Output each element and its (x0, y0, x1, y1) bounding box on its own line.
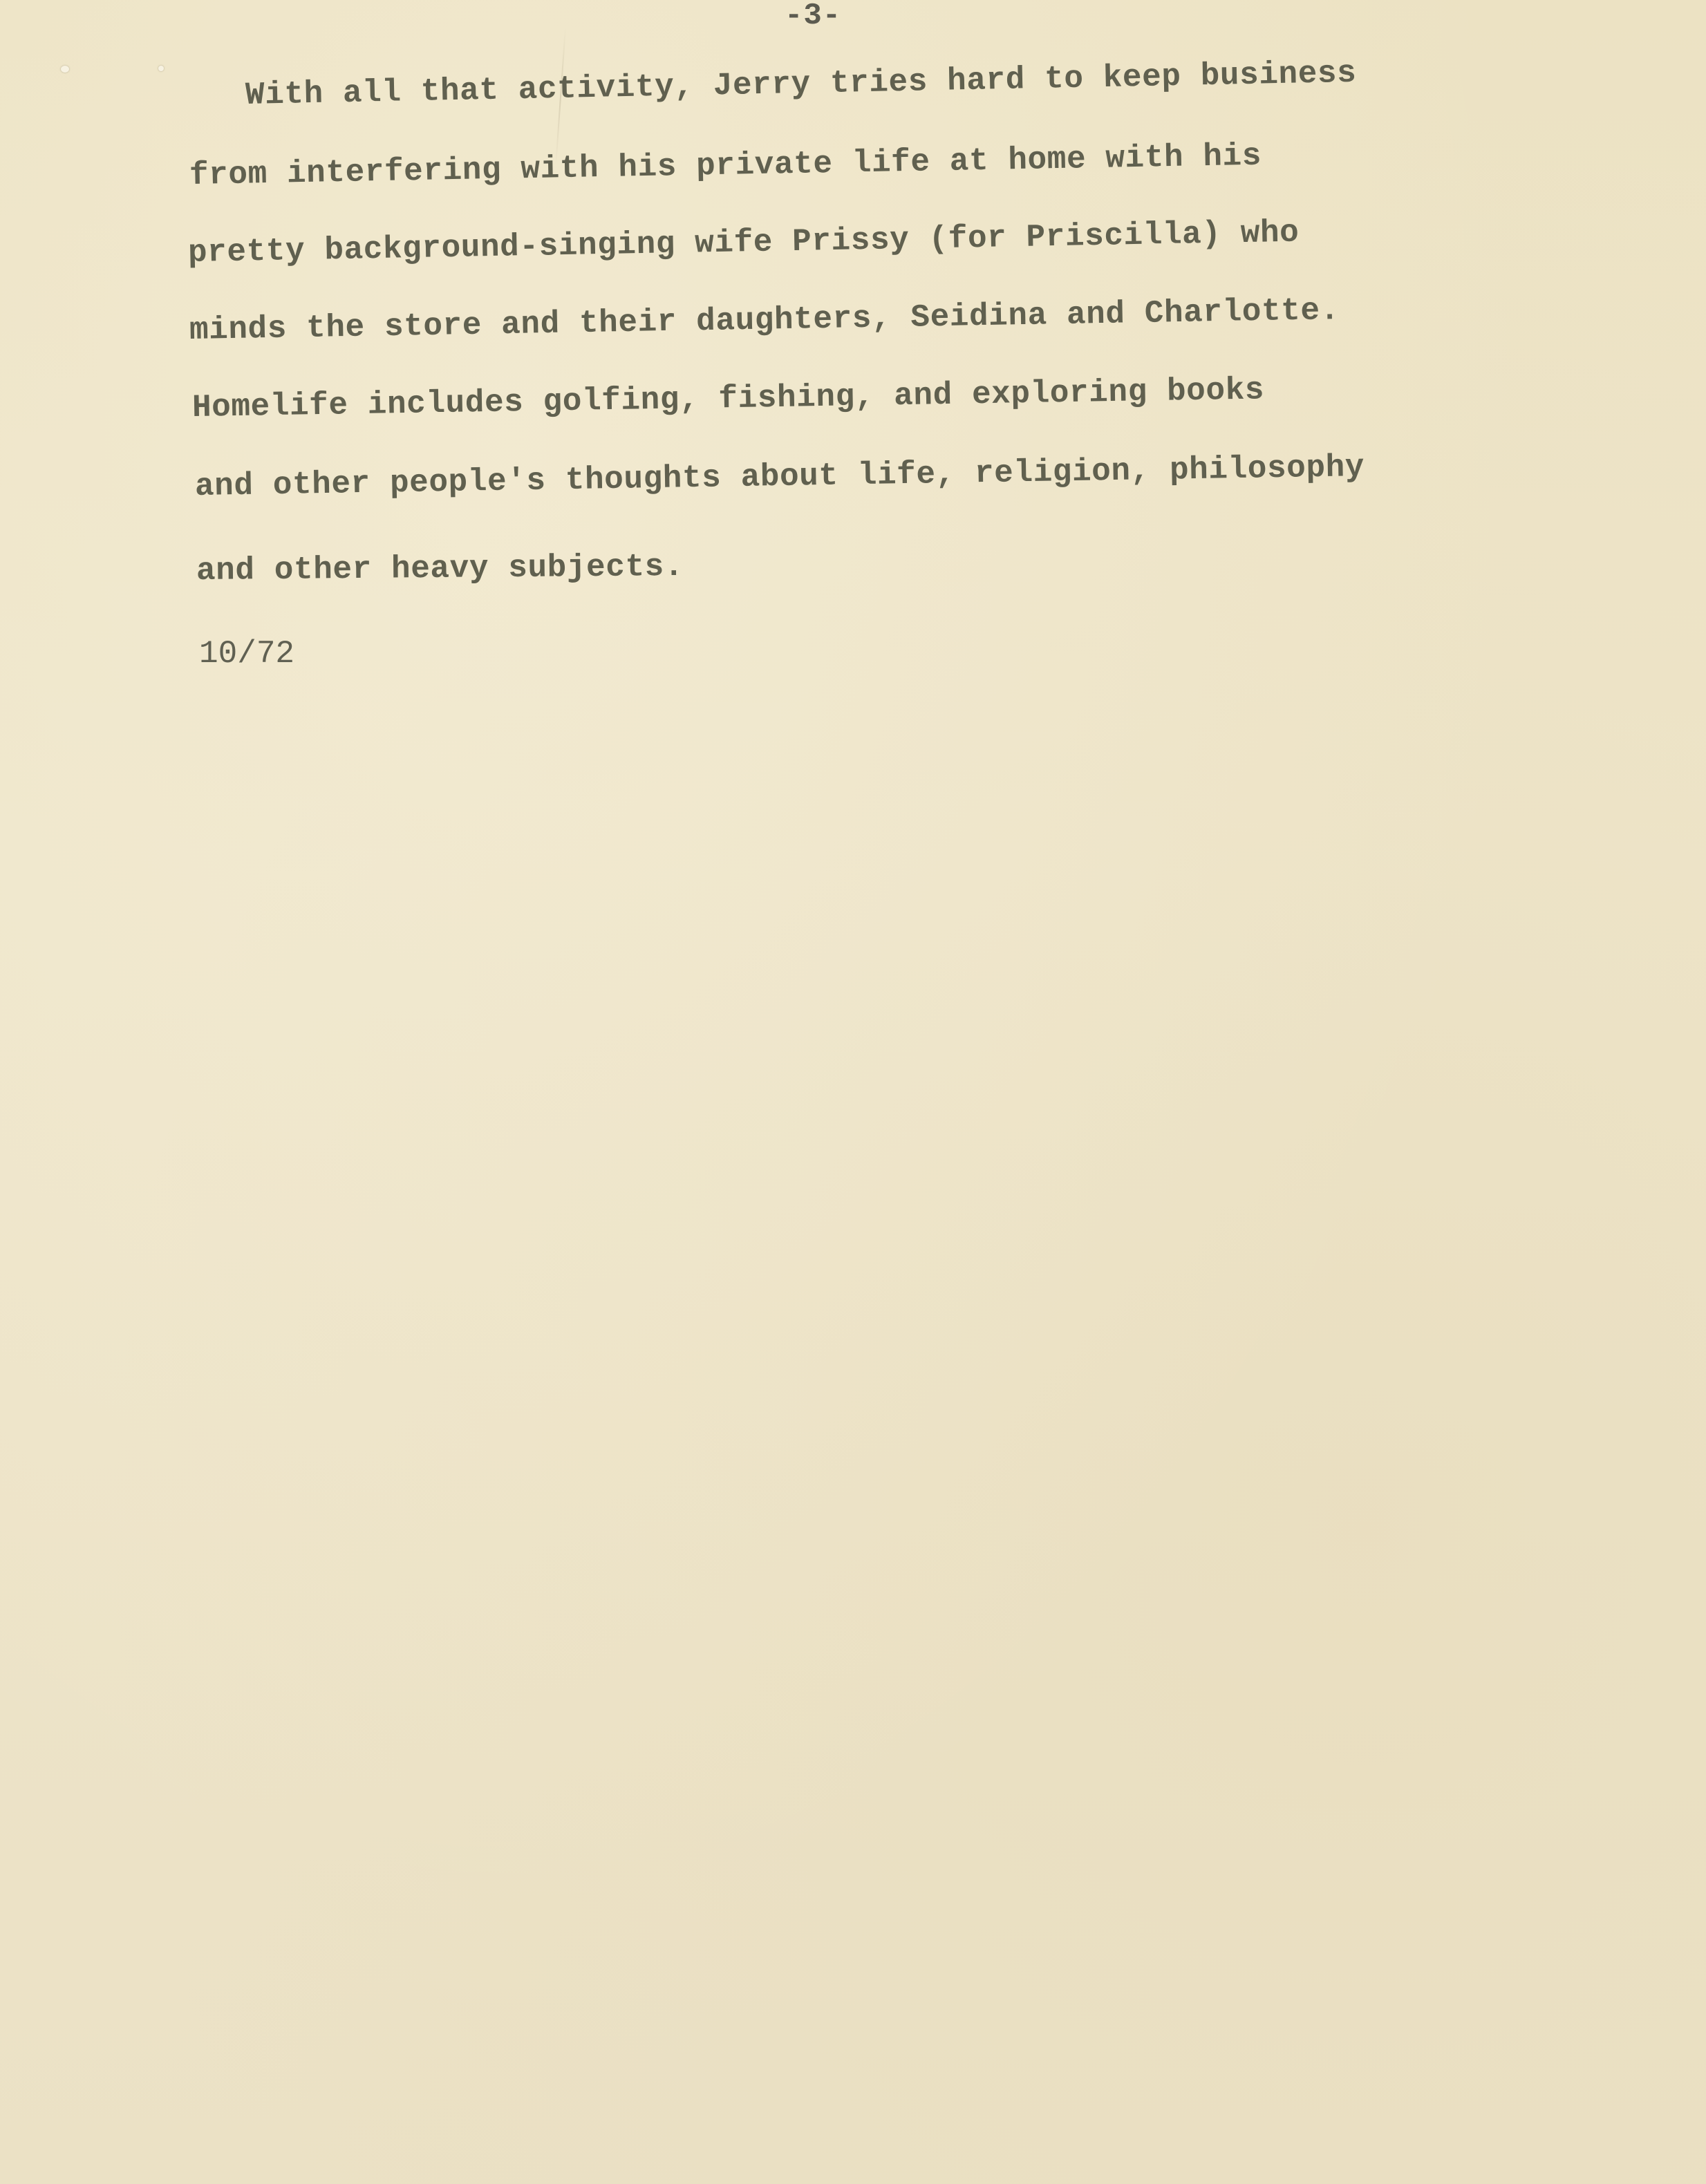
body-line: With all that activity, Jerry tries hard… (245, 55, 1356, 113)
body-line: and other heavy subjects. (196, 549, 684, 589)
page-number: -3- (785, 0, 841, 33)
body-line: and other people's thoughts about life, … (195, 449, 1365, 505)
paper-speck (61, 66, 69, 73)
document-page: -3- With all that activity, Jerry tries … (0, 0, 1706, 2184)
body-line: pretty background-singing wife Prissy (f… (188, 215, 1300, 271)
body-line: minds the store and their daughters, Sei… (189, 292, 1340, 348)
body-line: Homelife includes golfing, fishing, and … (192, 372, 1265, 426)
document-date: 10/72 (199, 636, 294, 672)
paper-speck (158, 66, 164, 71)
body-line: from interfering with his private life a… (189, 138, 1262, 194)
